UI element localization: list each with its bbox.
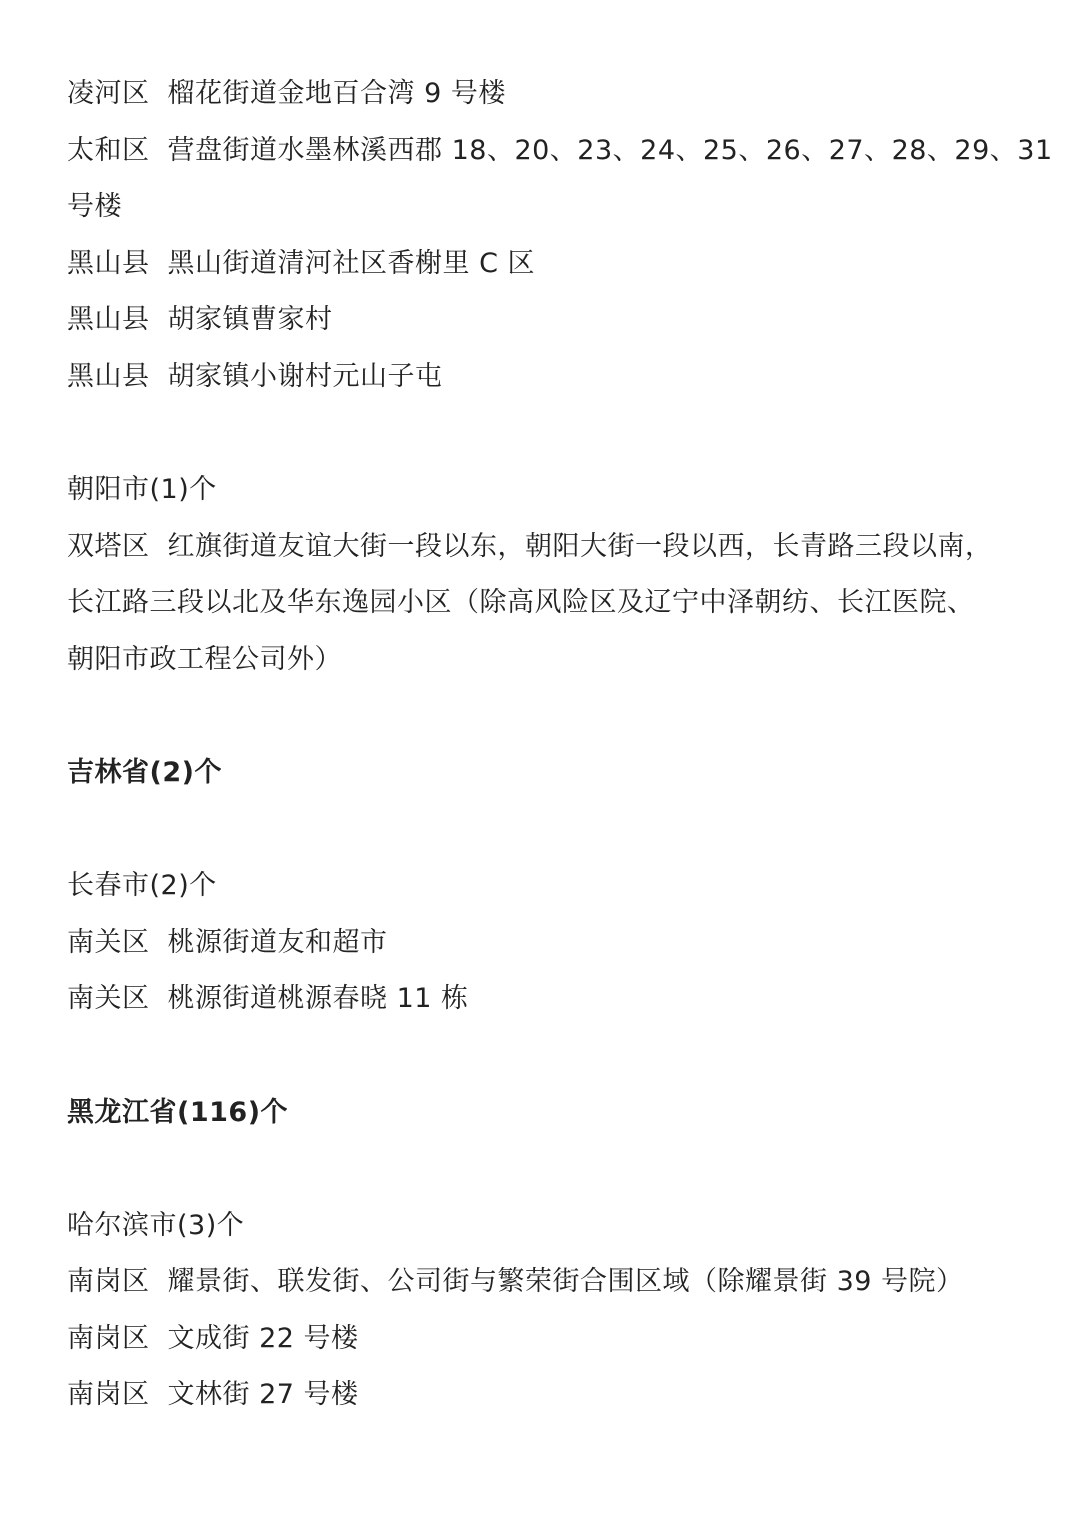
address-text: 红旗街道友谊大街一段以东，朝阳大街一段以西，长青路三段以南， [168, 531, 993, 562]
address-text: 胡家镇曹家村 [168, 304, 333, 335]
province-heading-jilin: 吉林省(2)个 [67, 755, 222, 791]
city-heading-harbin: 哈尔滨市(3)个 [67, 1208, 244, 1244]
district-label: 南关区 [67, 983, 150, 1014]
address-text: 营盘街道水墨林溪西郡 18、20、23、24、25、26、27、28、29、31 [168, 135, 1053, 166]
entry-nangang-1: 南岗区耀景街、联发街、公司街与繁荣街合围区域（除耀景街 39 号院） [67, 1264, 964, 1300]
address-text: 桃源街道友和超市 [168, 927, 388, 958]
entry-taihe-continuation: 号楼 [67, 189, 122, 225]
city-heading-changchun: 长春市(2)个 [67, 868, 217, 904]
district-label: 南关区 [67, 927, 150, 958]
entry-nangang-2: 南岗区文成街 22 号楼 [67, 1321, 359, 1357]
address-text: 文成街 22 号楼 [168, 1323, 359, 1354]
district-label: 黑山县 [67, 304, 150, 335]
district-label: 南岗区 [67, 1379, 150, 1410]
address-text: 文林街 27 号楼 [168, 1379, 359, 1410]
entry-heishan-2: 黑山县胡家镇曹家村 [67, 302, 333, 338]
address-text: 桃源街道桃源春晓 11 栋 [168, 983, 469, 1014]
district-label: 南岗区 [67, 1323, 150, 1354]
entry-shuangta-continuation-2: 朝阳市政工程公司外） [67, 642, 342, 678]
entry-shuangta-continuation-1: 长江路三段以北及华东逸园小区（除高风险区及辽宁中泽朝纺、长江医院、 [67, 585, 975, 621]
district-label: 太和区 [67, 135, 150, 166]
entry-taihe: 太和区营盘街道水墨林溪西郡 18、20、23、24、25、26、27、28、29… [67, 133, 1053, 169]
address-text: 榴花街道金地百合湾 9 号楼 [168, 78, 506, 109]
address-text: 黑山街道清河社区香榭里 C 区 [168, 248, 536, 279]
entry-heishan-1: 黑山县黑山街道清河社区香榭里 C 区 [67, 246, 535, 282]
district-label: 凌河区 [67, 78, 150, 109]
entry-nanguan-1: 南关区桃源街道友和超市 [67, 925, 388, 961]
district-label: 南岗区 [67, 1266, 150, 1297]
address-text: 耀景街、联发街、公司街与繁荣街合围区域（除耀景街 39 号院） [168, 1266, 964, 1297]
province-heading-heilongjiang: 黑龙江省(116)个 [67, 1095, 288, 1131]
district-label: 黑山县 [67, 248, 150, 279]
entry-nanguan-2: 南关区桃源街道桃源春晓 11 栋 [67, 981, 469, 1017]
entry-heishan-3: 黑山县胡家镇小谢村元山子屯 [67, 359, 443, 395]
address-text: 胡家镇小谢村元山子屯 [168, 361, 443, 392]
district-label: 双塔区 [67, 531, 150, 562]
entry-linghe: 凌河区榴花街道金地百合湾 9 号楼 [67, 76, 506, 112]
entry-nangang-3: 南岗区文林街 27 号楼 [67, 1377, 359, 1413]
city-heading-chaoyang: 朝阳市(1)个 [67, 472, 217, 508]
entry-shuangta: 双塔区红旗街道友谊大街一段以东，朝阳大街一段以西，长青路三段以南， [67, 529, 993, 565]
district-label: 黑山县 [67, 361, 150, 392]
